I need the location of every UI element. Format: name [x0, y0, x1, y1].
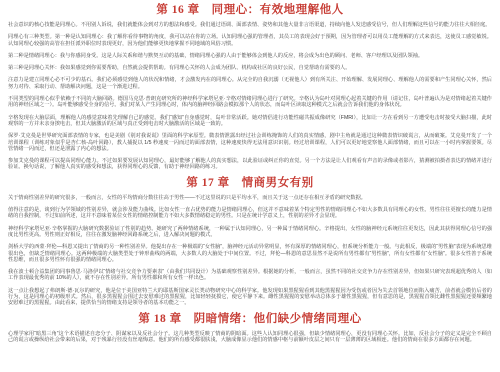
- body-paragraph: 第二种是情绪同理心：我与你感同身受。这是人际关系和谐与默契互动的基础，情绪同理心…: [8, 53, 492, 59]
- body-paragraph: 心理学家用“暗黑三角”这个术语描述自恋分子、阴谋家以及反社会分子。这几种类型反映…: [8, 331, 492, 344]
- body-paragraph: 关于情商性别差异的研究很多，一般而言，女性的平均情商分数往往高于男性——不过这里…: [8, 195, 492, 201]
- body-paragraph: 值得注意的是，谈到行为学领域的性别差异，就会涉及能力曲线。比如女性一直占优势的能…: [8, 207, 492, 220]
- body-paragraph: 剑桥大学的西蒙·拜伦—科恩又提出了情商的另一种性别差异。他提出存在一种极端的“女…: [8, 244, 492, 263]
- document-page: 第 16 章 同理心：有效地理解他人 社会意识的核心技能是同理心。不用别人诉说，…: [0, 0, 500, 372]
- body-paragraph: 神经科学家塔尼亚·辛格掌握的大脑研究数据验证了性别的趋势。她研究了两种情绪系统，…: [8, 226, 492, 239]
- body-paragraph: 注意力是建立同理心必不可少的基石。我们必须感觉到他人的状况和情绪，才会激发内在的…: [8, 77, 492, 90]
- body-paragraph: 不同类型的同理心似乎依赖于不同的大脑回路。德国马克思·普朗克研究所的神经科学家塔…: [8, 96, 492, 109]
- body-paragraph: 我在波士顿合益集团的同事鲁思·马洛伊以“情绪与社交竞争力要素表”（由我们共同设计…: [8, 269, 492, 282]
- body-paragraph: 社会意识的核心技能是同理心。不用别人诉说，我们就能体会到对方的想法和感受。我们通…: [8, 22, 492, 28]
- chapter-16-heading: 第 16 章 同理心：有效地理解他人: [8, 4, 492, 17]
- body-paragraph: 同理心有三种类型。第一种是认知同理心：我了解你看待事物的角度，我可以站在你的立场…: [8, 34, 492, 47]
- chapter-18-heading: 第 18 章 阴暗情绪：他们缺少情绪同理心: [8, 313, 492, 326]
- body-paragraph: 这一点让我想起了弗朗斯·德·瓦尔的研究，他是位于美国亚特兰大的耶基斯国家灵长类动…: [8, 288, 492, 307]
- body-paragraph: 辛格发现在大脑层面，理解他人的感觉意味着先理解自己的感觉。我们“感知”自身感觉时…: [8, 115, 492, 128]
- body-paragraph: 保罗·艾克曼是世界研究面部表情的专家，也是美剧《别对我说谎》里面的科学家原型。微…: [8, 133, 492, 152]
- body-paragraph: 第三种是同理心关怀：我如果感觉到你需要帮助，自然就会提供帮助。有同理心关怀的人会…: [8, 65, 492, 71]
- body-paragraph: 参加艾克曼的课程可以提高同理心能力。不过如果要发展认知同理心，最好能够了解他人的…: [8, 158, 492, 171]
- chapter-17-heading: 第 17 章 情商男女有别: [8, 177, 492, 190]
